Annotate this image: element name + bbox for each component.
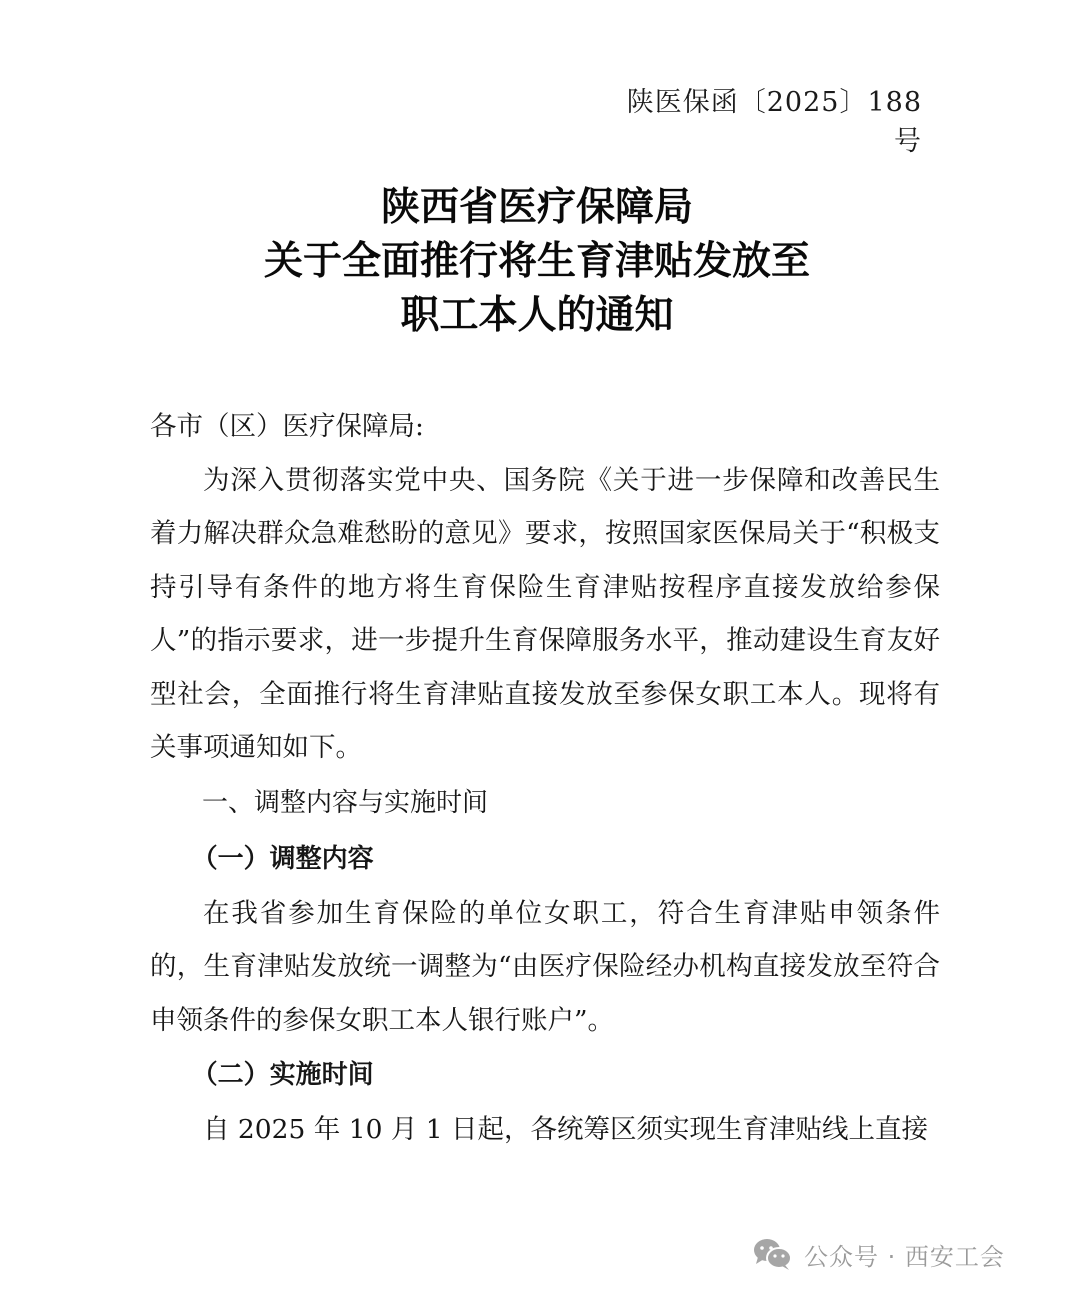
section-1-heading: 一、调整内容与实施时间 (150, 775, 940, 831)
watermark-text: 公众号 · 西安工会 (804, 1237, 1005, 1272)
intro-paragraph: 为深入贯彻落实党中央、国务院《关于进一步保障和改善民生着力解决群众急难愁盼的意见… (150, 454, 940, 775)
subsection-2-heading: （二）实施时间 (150, 1047, 940, 1103)
document-title: 陕西省医疗保障局 关于全面推行将生育津贴发放至 职工本人的通知 (0, 180, 1074, 342)
salutation: 各市（区）医疗保障局: (150, 400, 940, 454)
watermark: 公众号 · 西安工会 (752, 1236, 1005, 1272)
subsection-1-heading: （一）调整内容 (150, 831, 940, 887)
wechat-icon (752, 1237, 794, 1271)
title-line-1: 陕西省医疗保障局 (0, 180, 1074, 234)
title-line-3: 职工本人的通知 (0, 288, 1074, 342)
document-body: 各市（区）医疗保障局: 为深入贯彻落实党中央、国务院《关于进一步保障和改善民生着… (150, 400, 940, 1157)
subsection-1-paragraph: 在我省参加生育保险的单位女职工，符合生育津贴申领条件的，生育津贴发放统一调整为“… (150, 887, 940, 1048)
title-line-2: 关于全面推行将生育津贴发放至 (0, 234, 1074, 288)
subsection-2-paragraph: 自 2025 年 10 月 1 日起，各统筹区须实现生育津贴线上直接 (150, 1103, 940, 1157)
document-number: 陕医保函〔2025〕188号 (600, 80, 922, 158)
